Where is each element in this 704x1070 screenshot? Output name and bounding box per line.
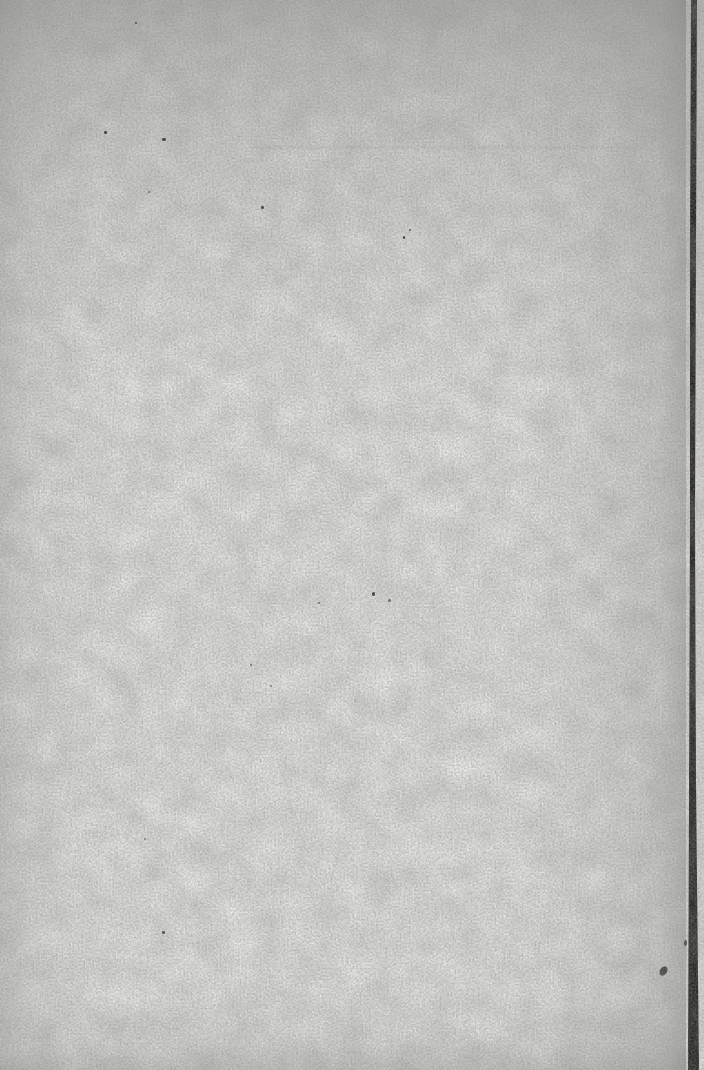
ink-speck [250, 664, 252, 666]
ink-speck [162, 931, 165, 934]
gutter-shadow-shape [688, 0, 699, 1070]
ink-speck [318, 602, 320, 604]
ink-speck [104, 131, 107, 134]
ink-speck [270, 685, 272, 687]
ink-speck [409, 229, 411, 231]
ink-speck [148, 191, 150, 193]
ink-speck [403, 236, 405, 239]
ink-speck [162, 138, 166, 141]
adjacent-page-edge [686, 0, 704, 1070]
ink-speck [658, 965, 669, 977]
ink-speck [261, 206, 264, 209]
crease-line [255, 146, 688, 149]
ink-speck [684, 940, 687, 946]
book-gutter-line [0, 0, 704, 1070]
top-exposure-shade [0, 0, 704, 1070]
ink-speck [388, 599, 391, 602]
specks-layer [0, 0, 704, 1070]
left-edge-shade [0, 0, 704, 1070]
ink-speck [372, 592, 375, 596]
scanned-page [0, 0, 704, 1070]
ink-speck [135, 22, 137, 24]
paper-surface [0, 0, 704, 1070]
ink-speck [144, 838, 146, 840]
bottom-edge-shade [0, 0, 704, 1070]
paper-grain-texture [0, 0, 704, 1070]
right-gutter-shade [0, 0, 704, 1070]
